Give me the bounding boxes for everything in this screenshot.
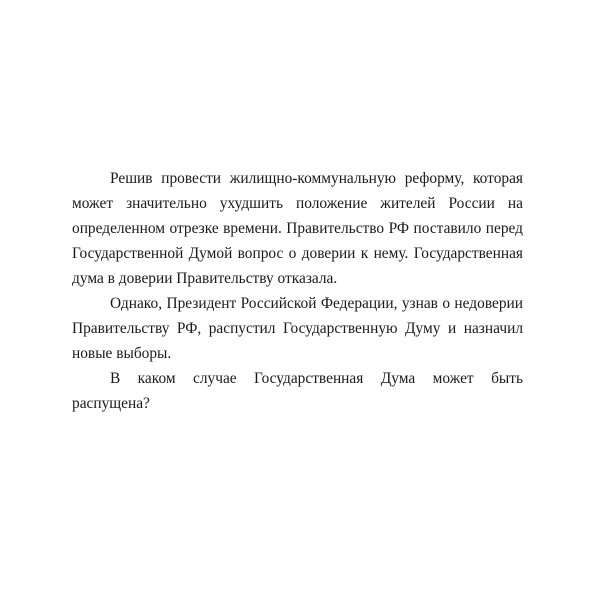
paragraph-case-description: Решив провести жилищно-коммунальную рефо… — [72, 166, 523, 291]
document-body: Решив провести жилищно-коммунальную рефо… — [72, 166, 523, 416]
paragraph-president-action: Однако, Президент Российской Федерации, … — [72, 291, 523, 366]
paragraph-question: В каком случае Государственная Дума може… — [72, 366, 523, 416]
